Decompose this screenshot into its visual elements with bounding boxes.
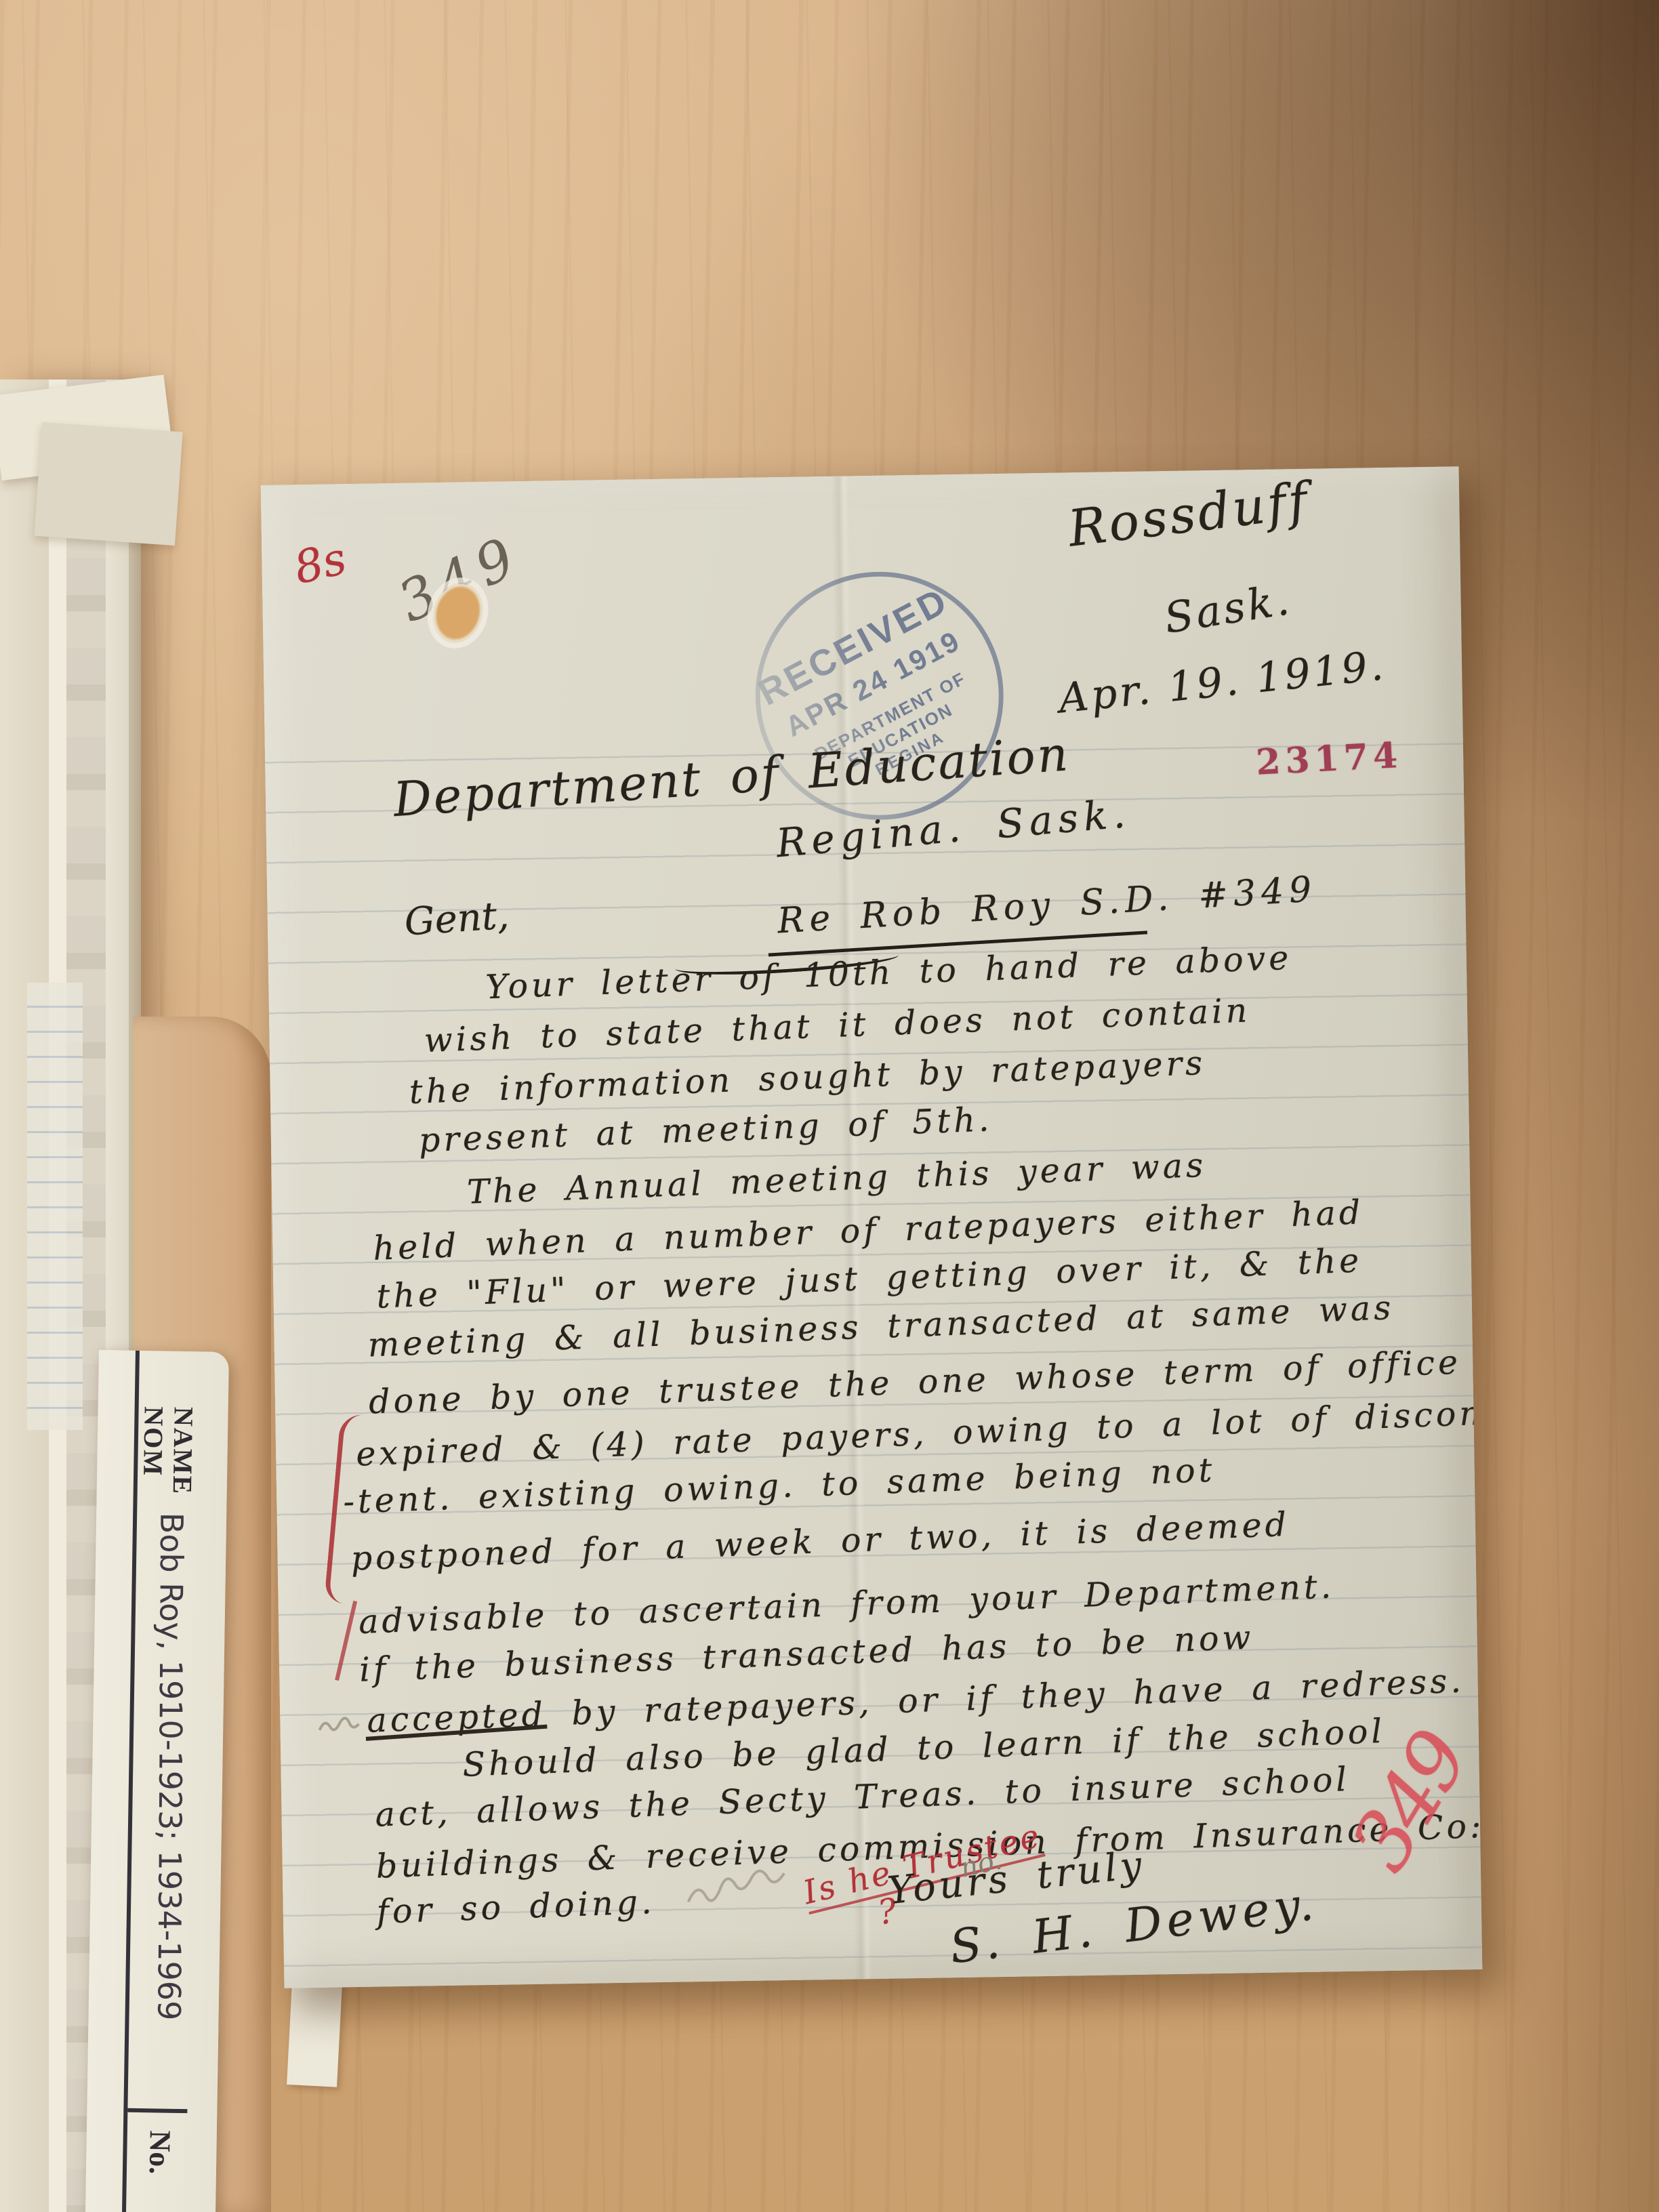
- tab-divider: [127, 2108, 187, 2113]
- desk-photo: NAME NOM Bob Roy, 1910-1923; 1934-1969 N…: [0, 0, 1659, 2212]
- tab-rule: [122, 1351, 140, 2212]
- pencil-scribble: [315, 1702, 363, 1744]
- folded-paper-corner: [34, 422, 182, 546]
- place-line: Rossduff: [1065, 471, 1313, 558]
- no-label: No.: [142, 2130, 178, 2175]
- file-number-stamp: 23174: [1255, 735, 1404, 783]
- name-label: NAME: [167, 1407, 200, 1496]
- folder-tab: NAME NOM Bob Roy, 1910-1923; 1934-1969 N…: [85, 1350, 229, 2212]
- salutation: Gent,: [403, 893, 510, 944]
- red-mark-8s: 8s: [289, 532, 351, 594]
- date-line: Apr. 19. 1919.: [1057, 642, 1388, 722]
- pencil-scribble: [682, 1860, 805, 1923]
- letter-paper: 8s 349 Rossduff Sask. Apr. 19. 1919. REC…: [261, 466, 1483, 1988]
- tab-handwritten-name: Bob Roy, 1910-1923; 1934-1969: [150, 1513, 190, 2021]
- province-line: Sask.: [1161, 574, 1295, 642]
- nom-label: NOM: [137, 1406, 170, 1477]
- lined-paper-edge: [27, 983, 83, 1430]
